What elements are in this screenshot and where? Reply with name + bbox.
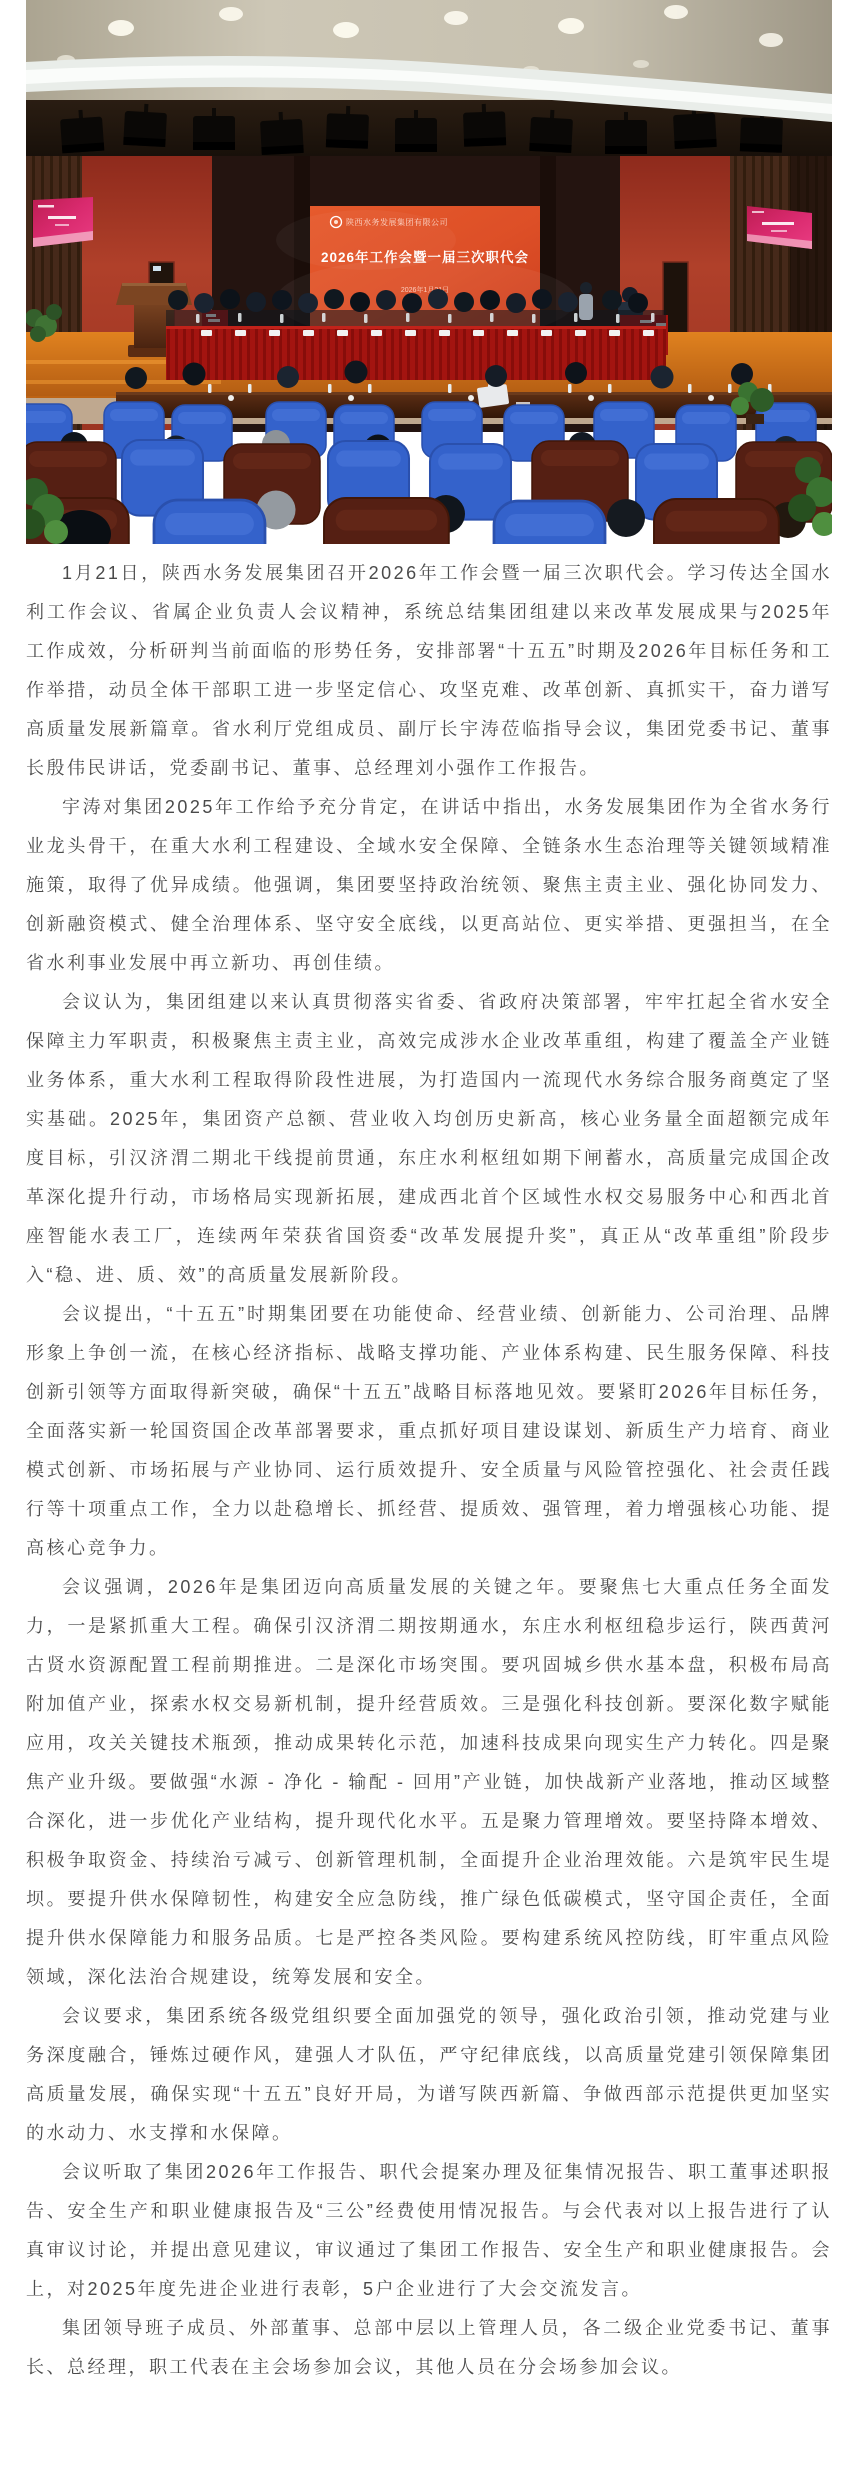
paragraph-4: 会议提出，“十五五”时期集团要在功能使命、经营业绩、创新能力、公司治理、品牌形象… xyxy=(26,1295,832,1568)
paragraph-1: 1月21日，陕西水务发展集团召开2026年工作会暨一届三次职代会。学习传达全国水… xyxy=(26,554,832,788)
paragraph-6: 会议要求，集团系统各级党组织要全面加强党的领导，强化政治引领，推动党建与业务深度… xyxy=(26,1997,832,2153)
conference-photo: 陕西水务发展集团有限公司 2026年工作会暨一届三次职代会 2026年1月21日 xyxy=(26,0,832,544)
conference-photo-scene: 陕西水务发展集团有限公司 2026年工作会暨一届三次职代会 2026年1月21日 xyxy=(26,0,832,544)
paragraph-8: 集团领导班子成员、外部董事、总部中层以上管理人员，各二级企业党委书记、董事长、总… xyxy=(26,2309,832,2387)
paragraph-7: 会议听取了集团2026年工作报告、职代会提案办理及征集情况报告、职工董事述职报告… xyxy=(26,2153,832,2309)
paragraph-2: 宇涛对集团2025年工作给予充分肯定，在讲话中指出，水务发展集团作为全省水务行业… xyxy=(26,788,832,983)
paragraph-3: 会议认为，集团组建以来认真贯彻落实省委、省政府决策部署，牢牢扛起全省水安全保障主… xyxy=(26,983,832,1295)
banner-org-text: 陕西水务发展集团有限公司 xyxy=(346,217,448,227)
banner-title-text: 2026年工作会暨一届三次职代会 xyxy=(321,249,529,265)
article-page: 陕西水务发展集团有限公司 2026年工作会暨一届三次职代会 2026年1月21日 xyxy=(0,0,858,2484)
paragraph-5: 会议强调，2026年是集团迈向高质量发展的关键之年。要聚焦七大重点任务全面发力，… xyxy=(26,1568,832,1997)
article-body: 1月21日，陕西水务发展集团召开2026年工作会暨一届三次职代会。学习传达全国水… xyxy=(0,544,858,2407)
side-screen-left xyxy=(33,197,93,247)
